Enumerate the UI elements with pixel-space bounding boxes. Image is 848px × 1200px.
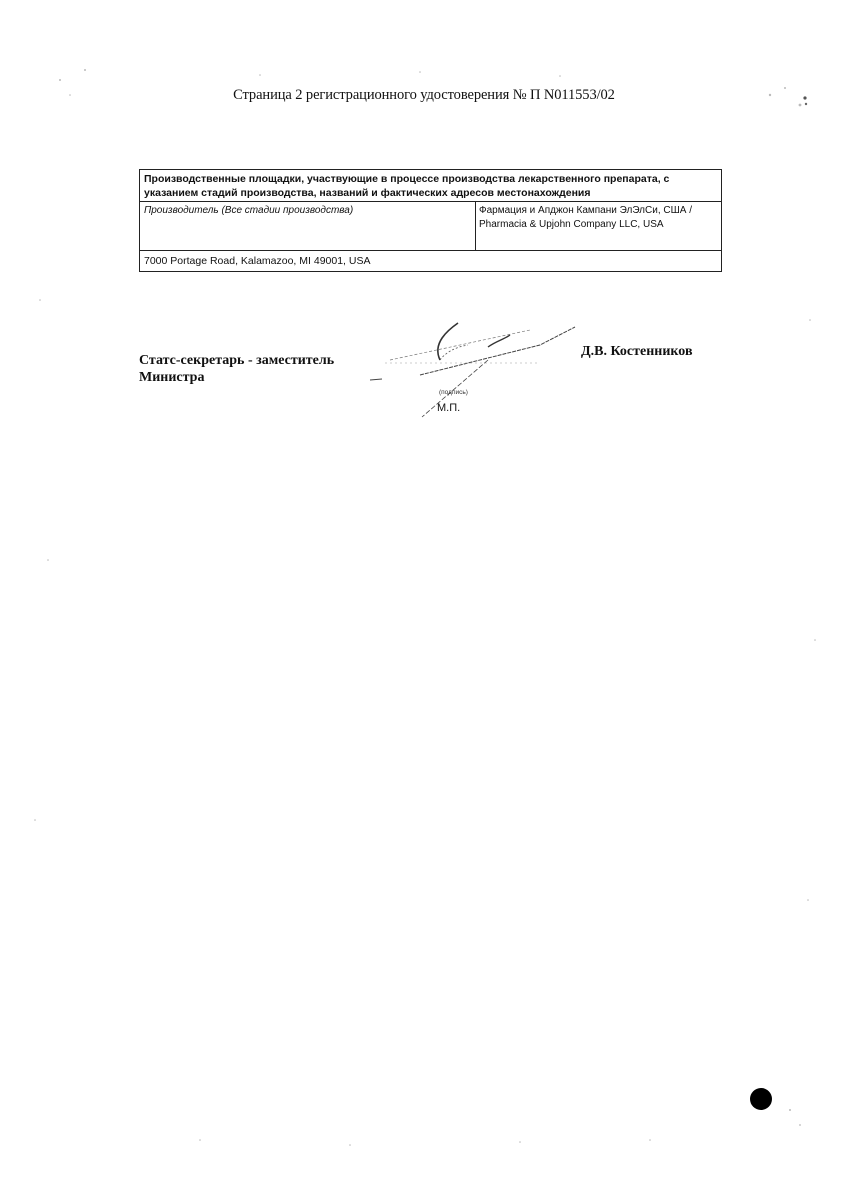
signature-caption: (подпись) — [439, 389, 468, 396]
address-cell: 7000 Portage Road, Kalamazoo, MI 49001, … — [140, 251, 722, 272]
stamp-label: М.П. — [437, 402, 460, 414]
production-role-cell: Производитель (Все стадии производства) — [140, 202, 476, 251]
page-header: Страница 2 регистрационного удостоверени… — [0, 87, 848, 104]
table-header-row: Производственные площадки, участвующие в… — [140, 170, 722, 202]
punch-hole-mark — [750, 1088, 772, 1110]
signatory-title-line2: Министра — [139, 369, 334, 386]
table-row: Производитель (Все стадии производства) … — [140, 202, 722, 251]
company-cell: Фармация и Апджон Кампани ЭлЭлСи, США / … — [476, 202, 722, 251]
table-heading: Производственные площадки, участвующие в… — [140, 170, 722, 202]
production-sites-table: Производственные площадки, участвующие в… — [139, 169, 722, 272]
handwritten-signature-icon — [360, 305, 600, 425]
signatory-title: Статс-секретарь - заместитель Министра — [139, 352, 334, 386]
signatory-name: Д.В. Костенников — [581, 344, 693, 360]
address-row: 7000 Portage Road, Kalamazoo, MI 49001, … — [140, 251, 722, 272]
signatory-title-line1: Статс-секретарь - заместитель — [139, 352, 334, 369]
